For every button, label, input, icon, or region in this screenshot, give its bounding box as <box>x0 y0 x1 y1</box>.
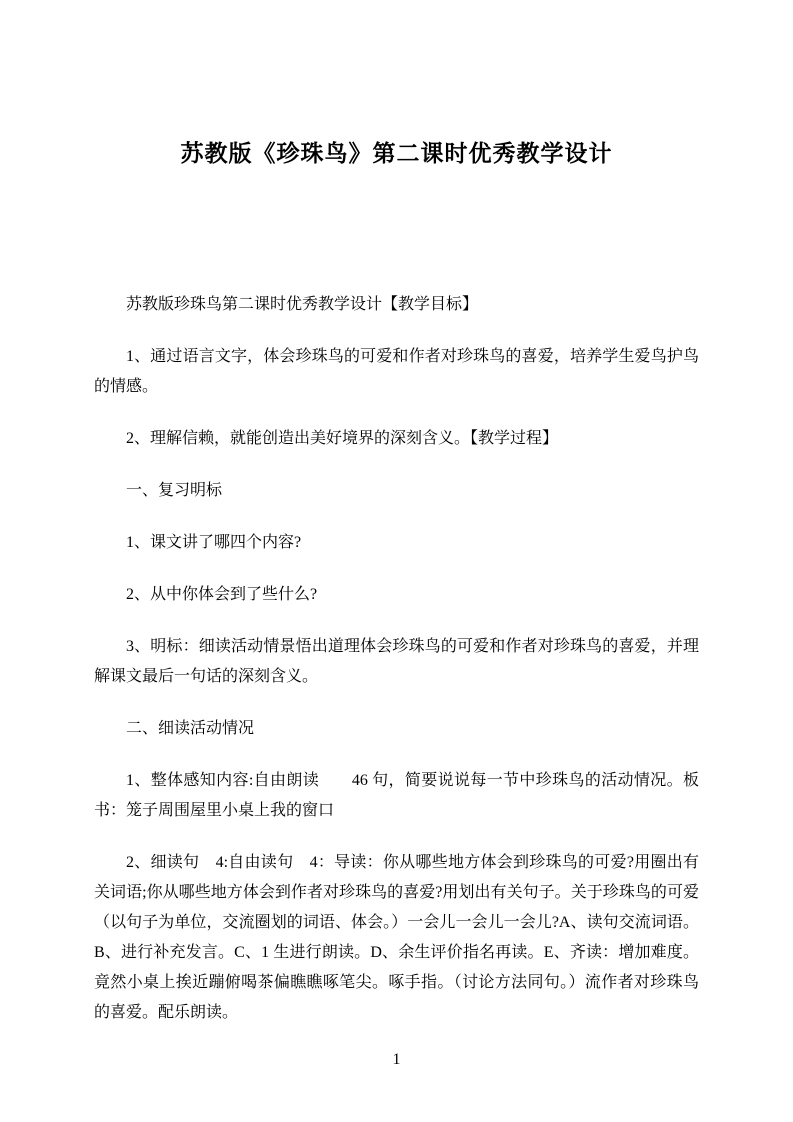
paragraph-question-3: 3、明标：细读活动情景悟出道理体会珍珠鸟的可爱和作者对珍珠鸟的喜爱，并理解课文最… <box>94 632 699 692</box>
paragraph-question-2: 2、从中你体会到了些什么? <box>94 580 699 610</box>
document-body: 苏教版珍珠鸟第二课时优秀教学设计【教学目标】 1、通过语言文字，体会珍珠鸟的可爱… <box>94 290 699 1028</box>
paragraph-section-2-heading: 二、细读活动情况 <box>94 714 699 744</box>
page-number: 1 <box>0 1050 793 1070</box>
paragraph-objective-1: 1、通过语言文字，体会珍珠鸟的可爱和作者对珍珠鸟的喜爱，培养学生爱鸟护鸟的情感。 <box>94 342 699 402</box>
paragraph-section-1-heading: 一、复习明标 <box>94 476 699 506</box>
paragraph-activity-2: 2、细读句 4:自由读句 4：导读：你从哪些地方体会到珍珠鸟的可爱?用圈出有关词… <box>94 848 699 1028</box>
paragraph-question-1: 1、课文讲了哪四个内容? <box>94 528 699 558</box>
document-title: 苏教版《珍珠鸟》第二课时优秀教学设计 <box>0 0 793 170</box>
paragraph-heading-objectives: 苏教版珍珠鸟第二课时优秀教学设计【教学目标】 <box>94 290 699 320</box>
document-page: 苏教版《珍珠鸟》第二课时优秀教学设计 苏教版珍珠鸟第二课时优秀教学设计【教学目标… <box>0 0 793 1122</box>
paragraph-activity-1: 1、整体感知内容:自由朗读 46 句，简要说说每一节中珍珠鸟的活动情况。板书：笼… <box>94 766 699 826</box>
paragraph-objective-2: 2、理解信赖，就能创造出美好境界的深刻含义。【教学过程】 <box>94 424 699 454</box>
